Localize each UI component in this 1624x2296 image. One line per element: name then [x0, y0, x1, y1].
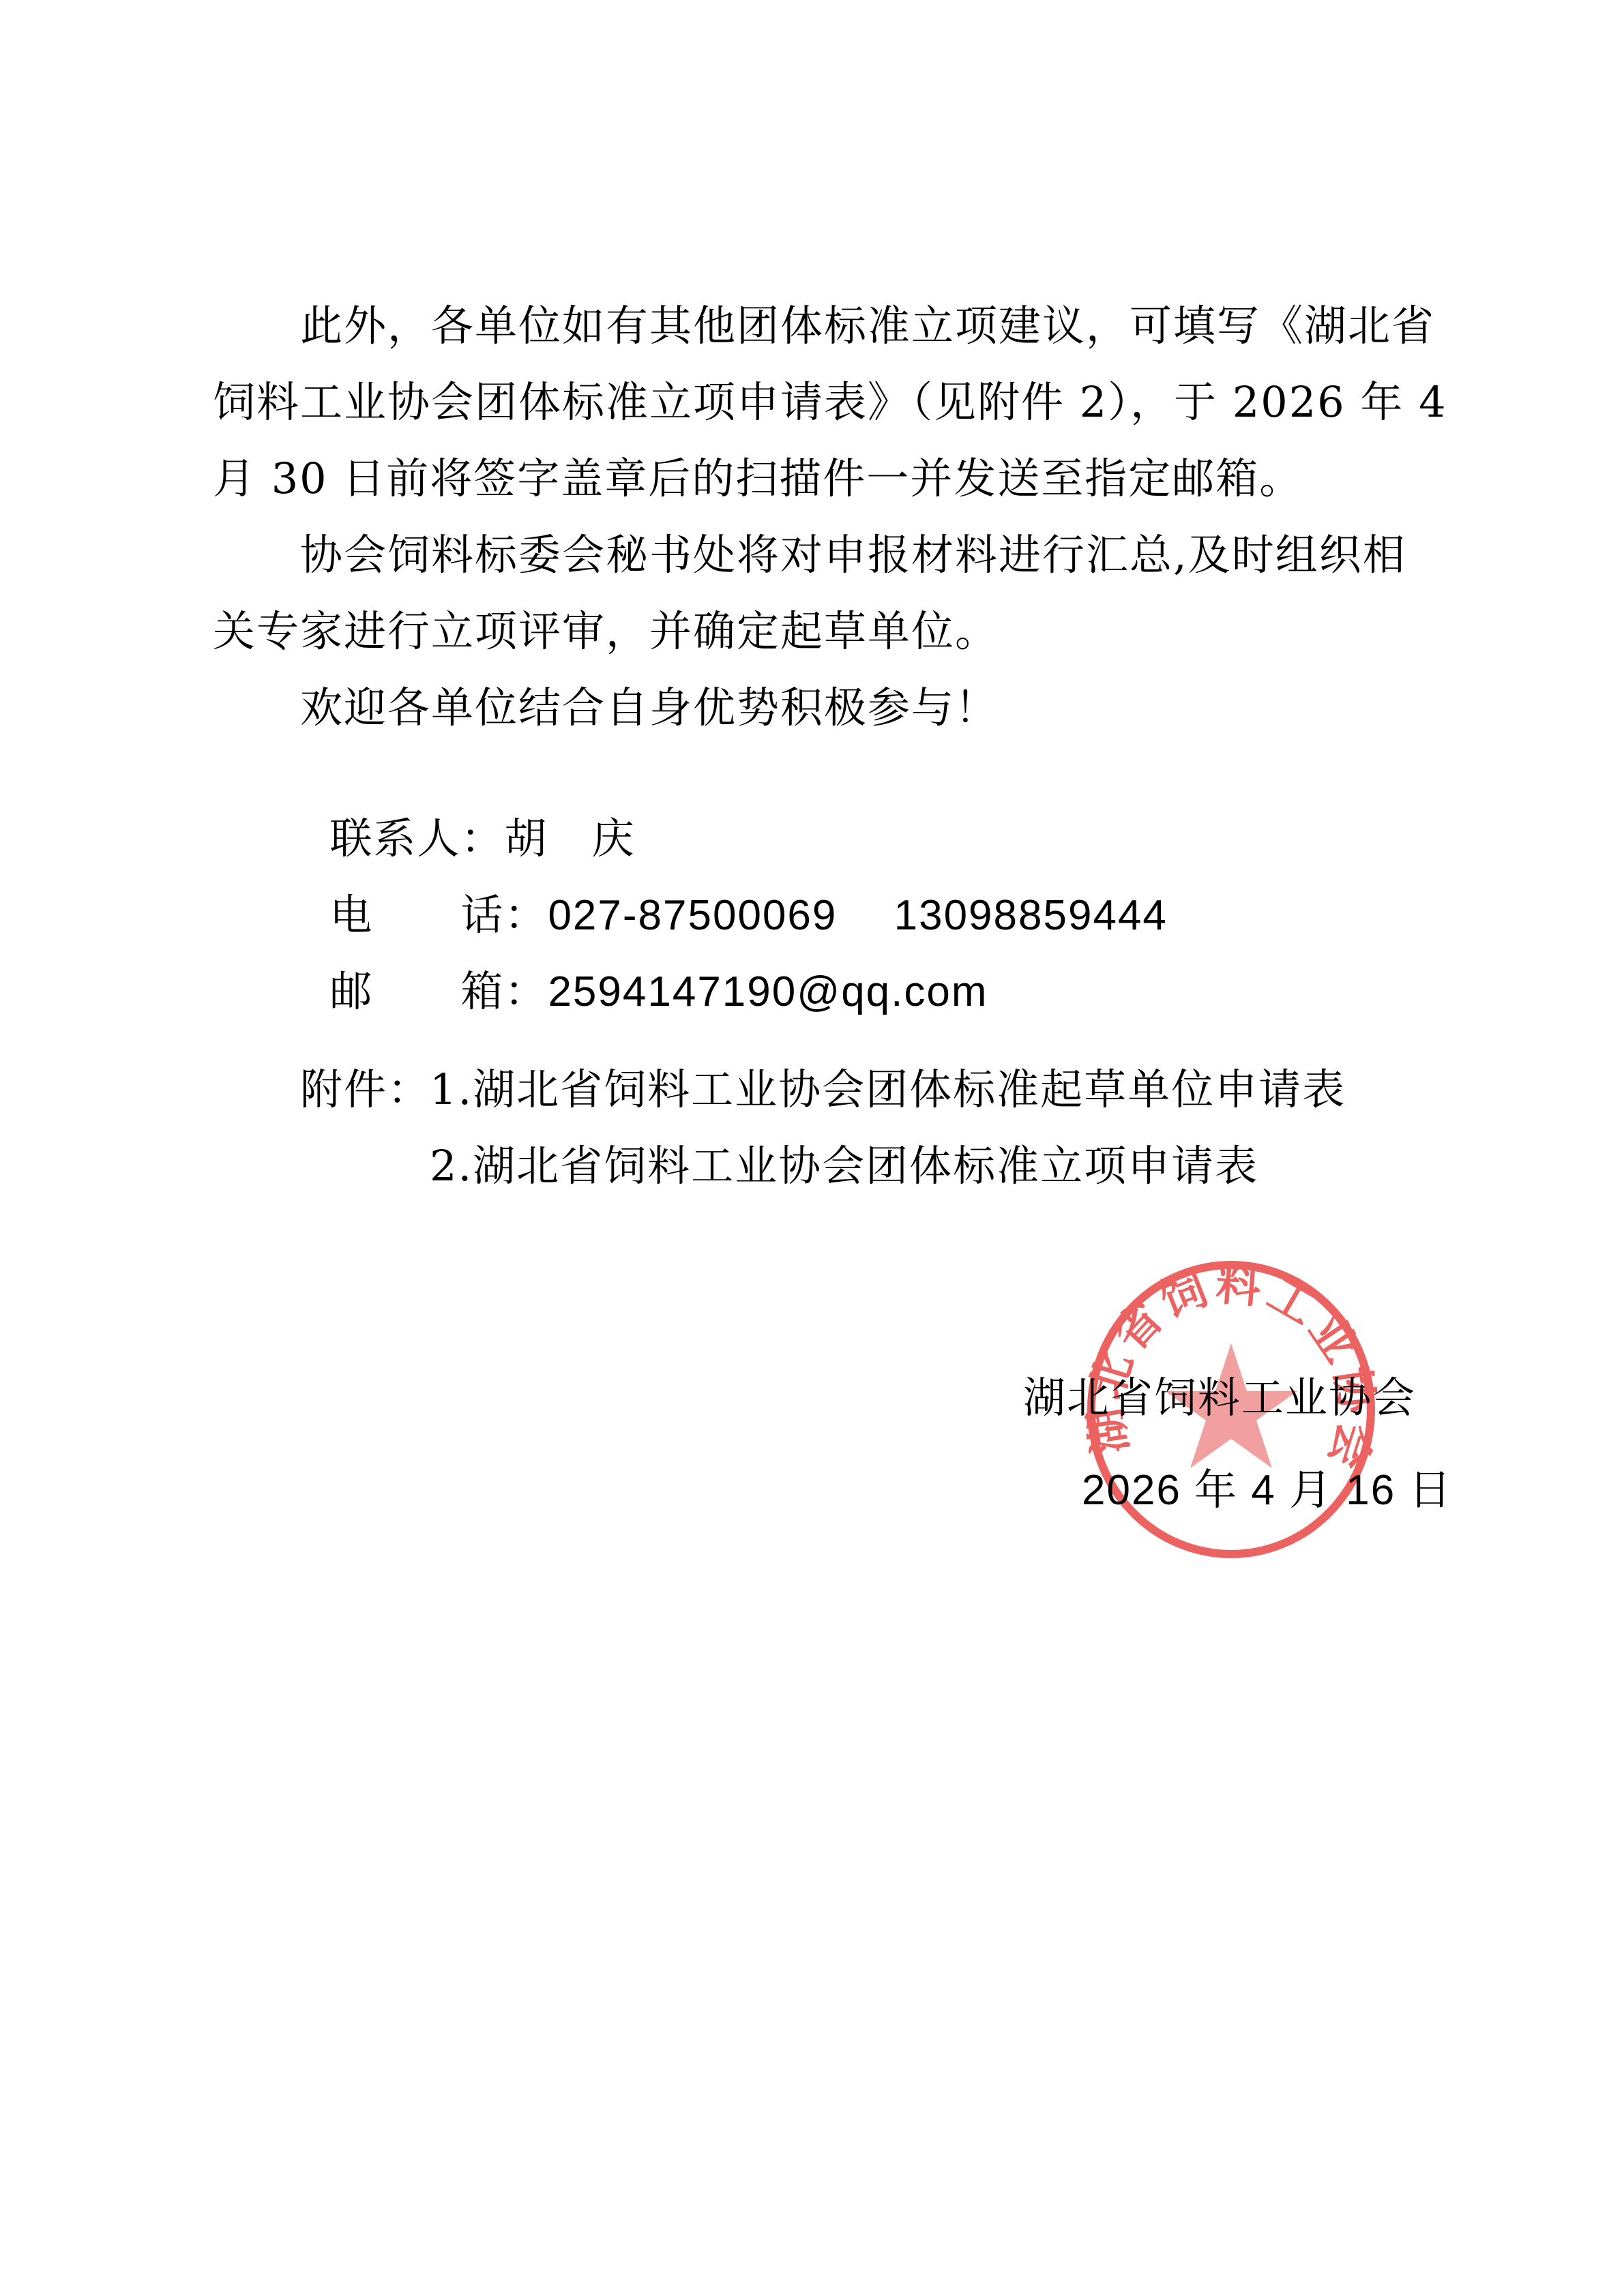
paragraph-2-line-2: 关专家进行立项评审，并确定起草单位。: [213, 604, 999, 659]
signature-organization: 湖北省饲料工业协会: [1023, 1371, 1416, 1425]
contact-email-value: 2594147190@qq.com: [548, 968, 988, 1015]
attachment-item-2: 2.湖北省饲料工业协会团体标准立项申请表: [430, 1139, 1258, 1193]
paragraph-3: 欢迎各单位结合自身优势积极参与！: [300, 681, 999, 735]
paragraph-1-line-1: 此外，各单位如有其他团体标准立项建议，可填写《湖北省: [300, 299, 1435, 353]
attachment-item-1: 1.湖北省饲料工业协会团体标准起草单位申请表: [430, 1062, 1346, 1117]
paragraph-2-line-1: 协会饲料标委会秘书处将对申报材料进行汇总,及时组织相: [300, 528, 1406, 582]
paragraph-1-line-2: 饲料工业协会团体标准立项申请表》（见附件 2），于 2026 年 4: [213, 375, 1447, 430]
contact-email: 邮 箱：2594147190@qq.com: [300, 910, 988, 1019]
signature-date: 2026 年 4 月 16 日: [1082, 1463, 1453, 1518]
paragraph-1-line-3: 月 30 日前将签字盖章后的扫描件一并发送至指定邮箱。: [213, 451, 1303, 506]
svg-text:湖北省饲料工业协会: 湖北省饲料工业协会: [1084, 1258, 1378, 1478]
contact-email-label: 邮 箱：: [329, 966, 548, 1016]
attachments-label: 附件：: [300, 1062, 431, 1117]
